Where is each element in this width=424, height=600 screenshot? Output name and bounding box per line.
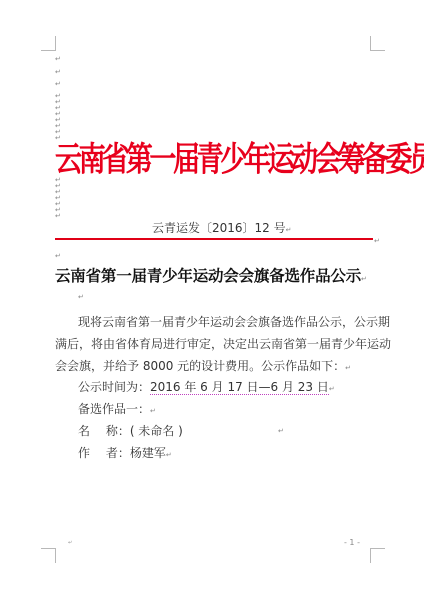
paragraph-mark-icon: ↵ [55, 213, 61, 220]
red-divider-rule [55, 238, 373, 240]
body-paragraph-line-3: 会会旗，并给予 8000 元的设计费用。公示作品如下：↵ [55, 357, 351, 374]
crop-mark-bottom-right [370, 548, 385, 563]
paragraph-mark-icon: ↵ [345, 364, 351, 372]
paragraph-mark-icon: ↵ [55, 253, 61, 260]
notice-title-text: 云南省第一届青少年运动会会旗备选作品公示 [55, 267, 361, 285]
crop-mark-top-right [370, 36, 385, 51]
notice-period-value: 2016 年 6 月 17 日—6 月 23 日 [150, 380, 329, 395]
candidate-author-text: 作 者：杨建军 [78, 446, 166, 460]
paragraph-mark-icon: ↵ [374, 238, 380, 245]
candidate-heading: 备选作品一：↵ [78, 400, 156, 417]
document-number: 云青运发〔2016〕12 号↵ [152, 219, 292, 236]
crop-mark-top-left [41, 36, 56, 51]
paragraph-mark-icon: ↵ [361, 275, 367, 283]
body-paragraph-line-2: 满后，将由省体育局进行审定，决定出云南省第一届青少年运动 [55, 335, 391, 352]
document-number-text: 云青运发〔2016〕12 号 [152, 221, 286, 235]
paragraph-mark-icon: ↵ [329, 385, 335, 393]
notice-title: 云南省第一届青少年运动会会旗备选作品公示↵ [55, 264, 367, 286]
paragraph-mark-icon: ↵ [55, 81, 61, 88]
paragraph-mark-icon: ↵ [286, 226, 292, 234]
paragraph-mark-icon: ↵ [68, 540, 72, 547]
body-paragraph-line-1: 现将云南省第一届青少年运动会会旗备选作品公示，公示期 [78, 313, 390, 330]
page-number: - 1 - [344, 538, 360, 547]
paragraph-mark-icon: ↵ [55, 69, 61, 76]
crop-mark-bottom-left [41, 548, 56, 563]
candidate-heading-text: 备选作品一： [78, 402, 150, 416]
paragraph-mark-icon: ↵ [55, 56, 61, 63]
letterhead-title: 云南省第一届青少年运动会筹备委员会文件 [55, 143, 375, 177]
paragraph-mark-icon: ↵ [78, 294, 84, 301]
paragraph-mark-icon: ↵ [166, 451, 172, 459]
candidate-author: 作 者：杨建军↵ [78, 444, 172, 461]
body-paragraph-line-3-text: 会会旗，并给予 8000 元的设计费用。公示作品如下： [55, 359, 345, 373]
notice-period: 公示时间为：2016 年 6 月 17 日—6 月 23 日↵ [78, 378, 335, 395]
notice-period-label: 公示时间为： [78, 380, 150, 394]
paragraph-mark-icon: ↵ [278, 428, 284, 435]
paragraph-mark-icon: ↵ [150, 407, 156, 415]
candidate-name: 名 称：( 未命名 ) [78, 422, 183, 439]
